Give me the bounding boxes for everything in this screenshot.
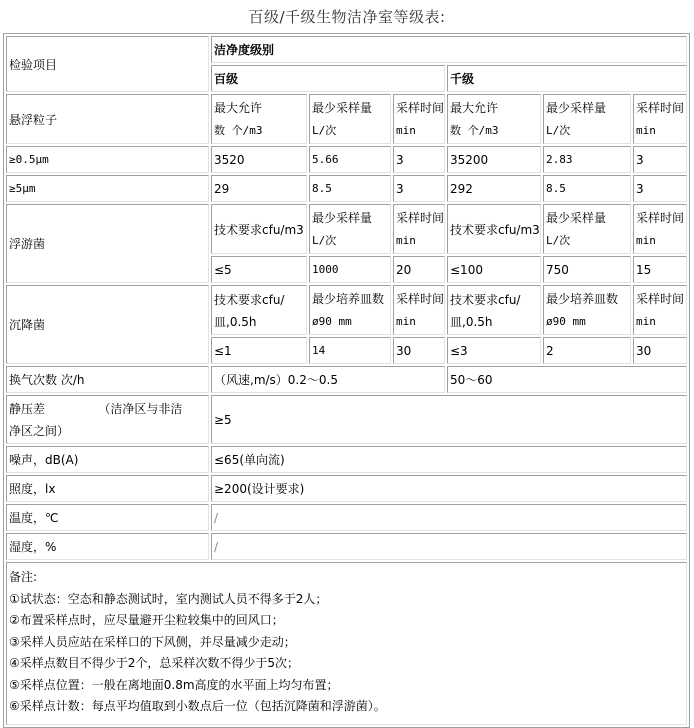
cell: 29	[211, 175, 307, 202]
cell: ≤3	[447, 337, 541, 364]
requirement-header: 技术要求cfu/皿,0.5h	[211, 285, 307, 335]
min-sample-header: 最少采样量L/次	[543, 204, 631, 254]
requirement-header: 技术要求cfu/m3	[447, 204, 541, 254]
time-header: 采样时间min	[633, 285, 687, 335]
cell: 3	[393, 146, 445, 173]
airborne-bacteria-label: 浮游菌	[6, 204, 209, 283]
time-header: 采样时间min	[393, 285, 445, 335]
air-changes-label: 换气次数 次/h	[6, 366, 209, 393]
cell: ≤5	[211, 256, 307, 283]
temperature-value: /	[211, 504, 687, 531]
cell: 2.83	[543, 146, 631, 173]
table-row: 湿度，% /	[6, 533, 687, 560]
note-item: ③采样人员应站在采样口的下风侧，并尽量减少走动；	[9, 632, 685, 654]
cell: 20	[393, 256, 445, 283]
row-label: ≥0.5μm	[6, 146, 209, 173]
page-title: 百级/千级生物洁净室等级表:	[0, 6, 694, 27]
cell: 5.66	[309, 146, 391, 173]
cell: 8.5	[543, 175, 631, 202]
note-item: ④采样点数目不得少于2个，总采样次数不得少于5次；	[9, 653, 685, 675]
humidity-label: 湿度，%	[6, 533, 209, 560]
noise-label: 噪声，dB(A)	[6, 446, 209, 473]
table-row: ≥0.5μm 3520 5.66 3 35200 2.83 3	[6, 146, 687, 173]
cell: 30	[393, 337, 445, 364]
row-label: ≥5μm	[6, 175, 209, 202]
cell: 8.5	[309, 175, 391, 202]
header-cleanliness: 洁净度级别	[211, 36, 687, 63]
header-item: 检验项目	[6, 36, 209, 92]
temperature-label: 温度，℃	[6, 504, 209, 531]
illuminance-value: ≥200(设计要求)	[211, 475, 687, 502]
illuminance-label: 照度，lx	[6, 475, 209, 502]
min-sample-header: 最少采样量L/次	[309, 204, 391, 254]
cell: 35200	[447, 146, 541, 173]
cell: 3	[393, 175, 445, 202]
min-sample-header: 最少采样量L/次	[309, 94, 391, 144]
table-row: 静压差 （洁净区与非洁净区之间） ≥5	[6, 395, 687, 444]
cell: 292	[447, 175, 541, 202]
table-row: 换气次数 次/h （风速,m/s）0.2～0.5 50～60	[6, 366, 687, 393]
cleanroom-grade-table: 检验项目 洁净度级别 百级 千级 悬浮粒子 最大允许数 个/m3 最少采样量L/…	[3, 33, 688, 676]
time-header: 采样时间min	[633, 94, 687, 144]
cell: 3	[633, 146, 687, 173]
table-row: ≥5μm 29 8.5 3 292 8.5 3	[6, 175, 687, 202]
plates-header: 最少培养皿数ø90 mm	[543, 285, 631, 335]
cell: 14	[309, 337, 391, 364]
humidity-value: /	[211, 533, 687, 560]
cell: 15	[633, 256, 687, 283]
particles-header-row: 悬浮粒子 最大允许数 个/m3 最少采样量L/次 采样时间min 最大允许数 个…	[6, 94, 687, 144]
air-changes-class1000: 50～60	[447, 366, 687, 393]
air-changes-class100: （风速,m/s）0.2～0.5	[211, 366, 445, 393]
notes-heading: 备注:	[9, 567, 685, 589]
static-pressure-label: 静压差 （洁净区与非洁净区之间）	[6, 395, 209, 444]
requirement-header: 技术要求cfu/皿,0.5h	[447, 285, 541, 335]
table-row: 噪声，dB(A) ≤65(单向流)	[6, 446, 687, 473]
max-count-header: 最大允许数 个/m3	[447, 94, 541, 144]
time-header: 采样时间min	[633, 204, 687, 254]
plates-header: 最少培养皿数ø90 mm	[309, 285, 391, 335]
time-header: 采样时间min	[393, 94, 445, 144]
requirement-header: 技术要求cfu/m3	[211, 204, 307, 254]
cell: 1000	[309, 256, 391, 283]
min-sample-header: 最少采样量L/次	[543, 94, 631, 144]
table-row: 照度，lx ≥200(设计要求)	[6, 475, 687, 502]
notes-row: 备注: ①试状态：空态和静态测试时，室内测试人员不得多于2人； ②布置采样点时，…	[6, 562, 687, 676]
notes-cell: 备注: ①试状态：空态和静态测试时，室内测试人员不得多于2人； ②布置采样点时，…	[6, 562, 687, 676]
header-class100: 百级	[211, 65, 445, 92]
cell: 750	[543, 256, 631, 283]
settling-bacteria-label: 沉降菌	[6, 285, 209, 364]
table-row: 温度，℃ /	[6, 504, 687, 531]
noise-value: ≤65(单向流)	[211, 446, 687, 473]
cell: ≤100	[447, 256, 541, 283]
note-item: ②布置采样点时，应尽量避开尘粒较集中的回风口；	[9, 610, 685, 632]
cell: 3	[633, 175, 687, 202]
particles-label: 悬浮粒子	[6, 94, 209, 144]
cell: 2	[543, 337, 631, 364]
time-header: 采样时间min	[393, 204, 445, 254]
static-pressure-value: ≥5	[211, 395, 687, 444]
max-count-header: 最大允许数 个/m3	[211, 94, 307, 144]
cell: 30	[633, 337, 687, 364]
cell: 3520	[211, 146, 307, 173]
header-class1000: 千级	[447, 65, 687, 92]
cell: ≤1	[211, 337, 307, 364]
note-item: ①试状态：空态和静态测试时，室内测试人员不得多于2人；	[9, 589, 685, 611]
